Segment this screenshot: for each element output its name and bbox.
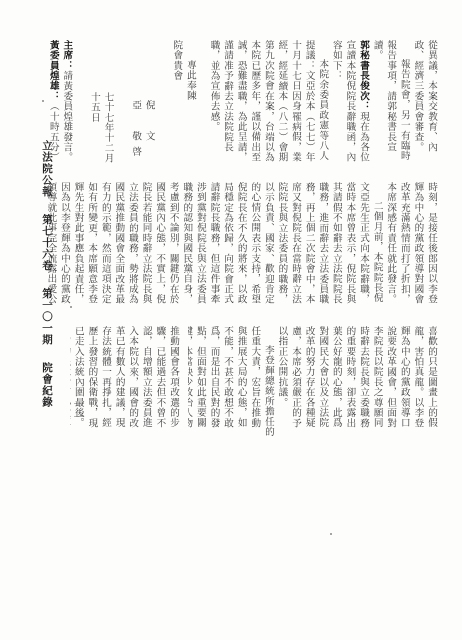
paragraph: 李登輝總統所擔任的任重大責，宏旨在推動與推展大局的心態，如不能，不甚不敢想不敢爲…	[188, 326, 275, 438]
paragraph: 推動國會各項改選的步驟，已能過去但不曾不認，自增額立法委員進入本院以來，國會的改…	[70, 326, 180, 438]
bottom-tier-left: 推動國會各項改選的步驟，已能過去但不曾不認，自增額立法委員進入本院以來，國會的改…	[70, 326, 180, 438]
scan-speck	[330, 533, 332, 535]
addressee-closing: 專此奉陳	[183, 40, 197, 166]
scan-speck	[70, 306, 72, 308]
bottom-tier-right: 喜歡的只是圖畫上的假龍，害怕真龍。以李登輝為中心的黨政領導口說要改革國會，但面對…	[188, 326, 438, 438]
paragraph: 喜歡的只是圖畫上的假龍，害怕真龍。以李登輝為中心的黨政領導口說要改革國會，但面對…	[275, 326, 438, 438]
speaker-name: 黃委員煌雄：	[48, 40, 59, 101]
paragraph: 報告院會，另一有臨時報告事項，請郭秘書長宣讀。	[370, 40, 411, 166]
chair-statement: 主席：請黃委員煌雄發言。	[60, 40, 74, 166]
paragraph: 從異議，本案交教育、內政、經濟三委員會審查。	[411, 40, 438, 166]
scan-speck	[42, 100, 44, 102]
middle-tier: 時刻，是接任後郎因以李登輝為中心的黨政領導對國會改革充滿熱情而打了折扣，本席深感…	[46, 182, 438, 310]
paragraph: 二個月前，本院院長倪文亞先生正式向本院辭職，當時本席曾表示，倪院長與其請假不如辭…	[46, 182, 384, 310]
speaker-name: 郭秘書長俊次：	[358, 40, 369, 111]
upper-tier: 從異議，本案交教育、內政、經濟三委員會審查。 報告院會，另一有臨時報告事項，請郭…	[46, 40, 438, 166]
gazette-page: 立法院公報 第七十六卷 第一〇一期 院會紀錄 一一 從異議，本案交教育、內政、經…	[0, 0, 462, 640]
signature: 倪 文 亞 敬啓	[129, 40, 156, 166]
speaker-name: 主席：	[61, 40, 72, 71]
resignation-letter: 本院余委員政憲等八人提議：文亞於本（七七）年十月十七日因身罹病假，業經，經延續本…	[207, 40, 329, 166]
speech: 郭秘書長俊次：現在為各位宣讀本院倪院長辭職函，內容如下：	[329, 40, 370, 166]
letter-date: 七十七年十二月十五日	[87, 40, 114, 166]
addressee: 院會貴會	[170, 40, 184, 166]
paragraph: 時刻，是接任後郎因以李登輝為中心的黨政領導對國會改革充滿熱情而打了折扣，本席深感…	[384, 182, 438, 310]
section-label: 院會紀錄	[40, 362, 54, 408]
speech: 黃委員煌雄：（十時五分）主席、各位同仁。為求慎重起見，請問秘書長，倪院長辭函內容…	[46, 40, 60, 166]
